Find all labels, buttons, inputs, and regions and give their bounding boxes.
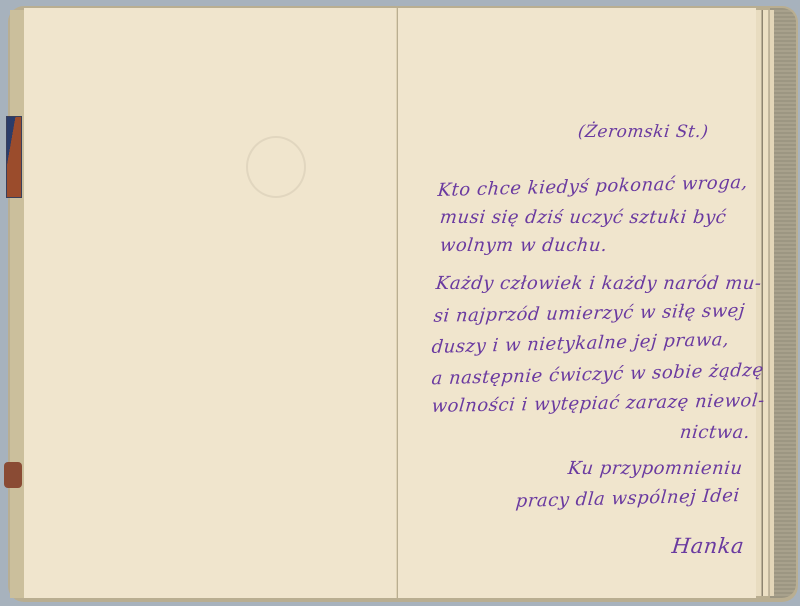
text-line-4: Każdy człowiek i każdy naród mu- bbox=[435, 273, 763, 294]
left-page bbox=[24, 8, 397, 598]
bookmark-tab bbox=[6, 116, 22, 198]
text-line-3: wolnym w duchu. bbox=[439, 235, 609, 256]
page-edges bbox=[756, 10, 774, 596]
faint-stain bbox=[246, 136, 306, 198]
binding-tab bbox=[4, 462, 22, 488]
signature: Hanka bbox=[671, 534, 746, 558]
attribution: (Żeromski St.) bbox=[577, 122, 709, 142]
text-line-9: nictwa. bbox=[679, 422, 751, 443]
text-line-2: musi się dziś uczyć sztuki być bbox=[439, 207, 728, 228]
dedication-line-1: Ku przypomnieniu bbox=[567, 458, 744, 479]
